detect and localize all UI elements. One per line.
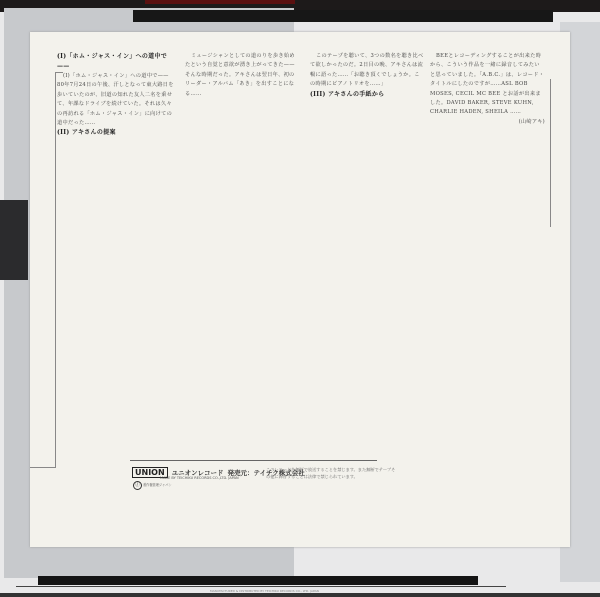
frame-rule-left (55, 72, 56, 467)
bottom-edge (0, 593, 600, 597)
frame-rule-bottom (30, 467, 56, 468)
footer-rule (130, 460, 377, 461)
copyright-notice: このレコードを無断で放送することを禁じます。また無断でテープその他に録音すること… (266, 466, 396, 480)
column-text: ミュージシャンとしての道のりを歩き始めたという自覚と意欲が湧き上がってきた——そ… (185, 52, 300, 99)
cover-art-edge (145, 0, 295, 4)
frame-rule-right (550, 79, 551, 227)
text-column-2: ミュージシャンとしての道のりを歩き始めたという自覚と意欲が湧き上がってきた——そ… (185, 52, 300, 447)
publisher-mark-icon: Ⓙ (133, 481, 142, 490)
column-text: このテープを聴いて、3つの数名を聴き比べて欲しかったのだ。2日目の晩、アキさんは… (310, 52, 425, 90)
column-text: (I)「ホム・ジャス・イン」への道中で—— 80年7月24日の午後、汗しとなって… (57, 72, 177, 128)
text-column-4: BEEとレコーディングすることが出来た時から、こういう作品を一緒に録音してみたい… (430, 52, 545, 447)
section-heading-3: (III) アキさんの手紙から (310, 90, 425, 100)
black-band-bottom (38, 576, 478, 585)
bottom-rule (16, 586, 506, 587)
made-by: MADE BY TEICHIKU RECORDS CO.,LTD. JAPAN (160, 476, 239, 480)
left-dark-block (0, 200, 28, 280)
signature: (山崎アキ) (430, 118, 545, 127)
text-column-3: このテープを聴いて、3つの数名を聴き比べて欲しかったのだ。2日目の晩、アキさんは… (310, 52, 425, 447)
section-heading-1: (I)「ホム・ジャス・イン」への道中で—— (57, 52, 177, 72)
section-heading-2: (II) アキさんの提案 (57, 128, 177, 138)
publisher-text: 著作権管理ジャパン (143, 482, 172, 487)
black-band-top (133, 10, 553, 22)
text-column-1: (I)「ホム・ジャス・イン」への道中で—— (I)「ホム・ジャス・イン」への道中… (57, 52, 177, 447)
column-text: BEEとレコーディングすることが出来た時から、こういう作品を一緒に録音してみたい… (430, 52, 545, 118)
